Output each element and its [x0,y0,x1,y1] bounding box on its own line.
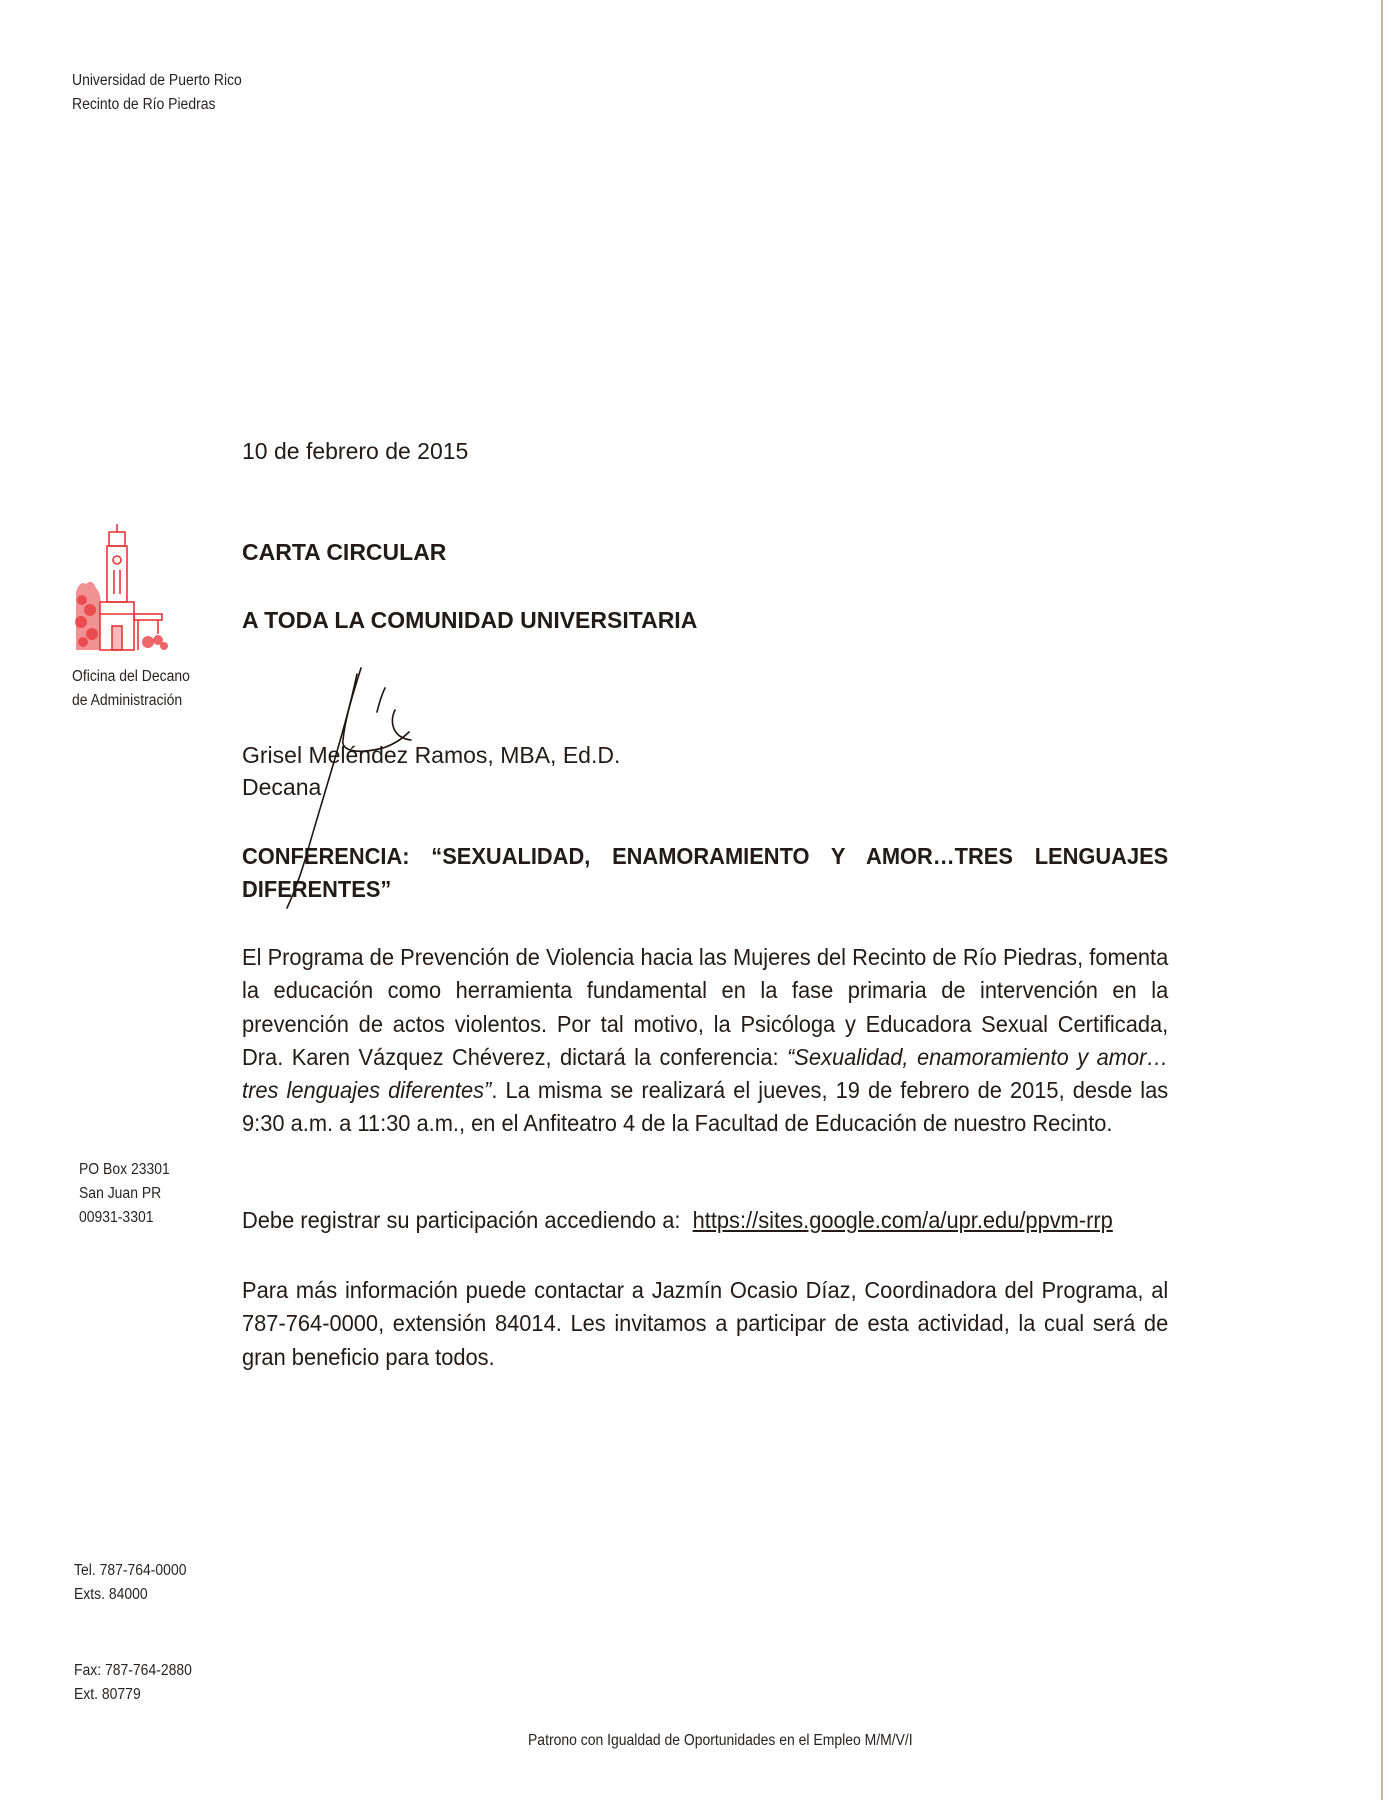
postal-address: PO Box 23301 San Juan PR 00931-3301 [79,1158,170,1230]
address-line-2: San Juan PR [79,1182,170,1206]
campus-name: Recinto de Río Piedras [72,93,242,117]
fax-number: Fax: 787-764-2880 [74,1659,192,1683]
registration-link[interactable]: https://sites.google.com/a/upr.edu/ppvm-… [693,1207,1113,1233]
sender-name: Grisel Meléndez Ramos, MBA, Ed.D. [242,742,620,769]
address-line-3: 00931-3301 [79,1206,170,1230]
letter-page: Universidad de Puerto Rico Recinto de Rí… [0,0,1391,1800]
institution-header: Universidad de Puerto Rico Recinto de Rí… [72,69,242,117]
university-tower-icon [72,522,172,652]
telephone-info: Tel. 787-764-0000 Exts. 84000 [74,1559,186,1607]
office-name: Oficina del Decano de Administración [72,665,190,713]
letter-subject: CONFERENCIA: “SEXUALIDAD, ENAMORAMIENTO … [242,840,1168,906]
address-line-1: PO Box 23301 [79,1158,170,1182]
body-paragraph-1: El Programa de Prevención de Violencia h… [242,941,1168,1141]
scan-edge-line [1381,0,1383,1800]
fax-info: Fax: 787-764-2880 Ext. 80779 [74,1659,192,1707]
telephone-number: Tel. 787-764-0000 [74,1559,186,1583]
office-line-2: de Administración [72,689,190,713]
fax-extension: Ext. 80779 [74,1683,192,1707]
letter-date: 10 de febrero de 2015 [242,438,468,465]
sender-title: Decana [242,774,321,801]
office-line-1: Oficina del Decano [72,665,190,689]
equal-opportunity-footer: Patrono con Igualdad de Oportunidades en… [528,1732,913,1750]
letter-recipient: A TODA LA COMUNIDAD UNIVERSITARIA [242,607,697,634]
telephone-extensions: Exts. 84000 [74,1583,186,1607]
registration-line: Debe registrar su participación accedien… [242,1207,1113,1234]
body-paragraph-3: Para más información puede contactar a J… [242,1274,1168,1374]
institution-name: Universidad de Puerto Rico [72,69,242,93]
registration-text: Debe registrar su participación accedien… [242,1207,680,1233]
letter-type: CARTA CIRCULAR [242,539,446,566]
